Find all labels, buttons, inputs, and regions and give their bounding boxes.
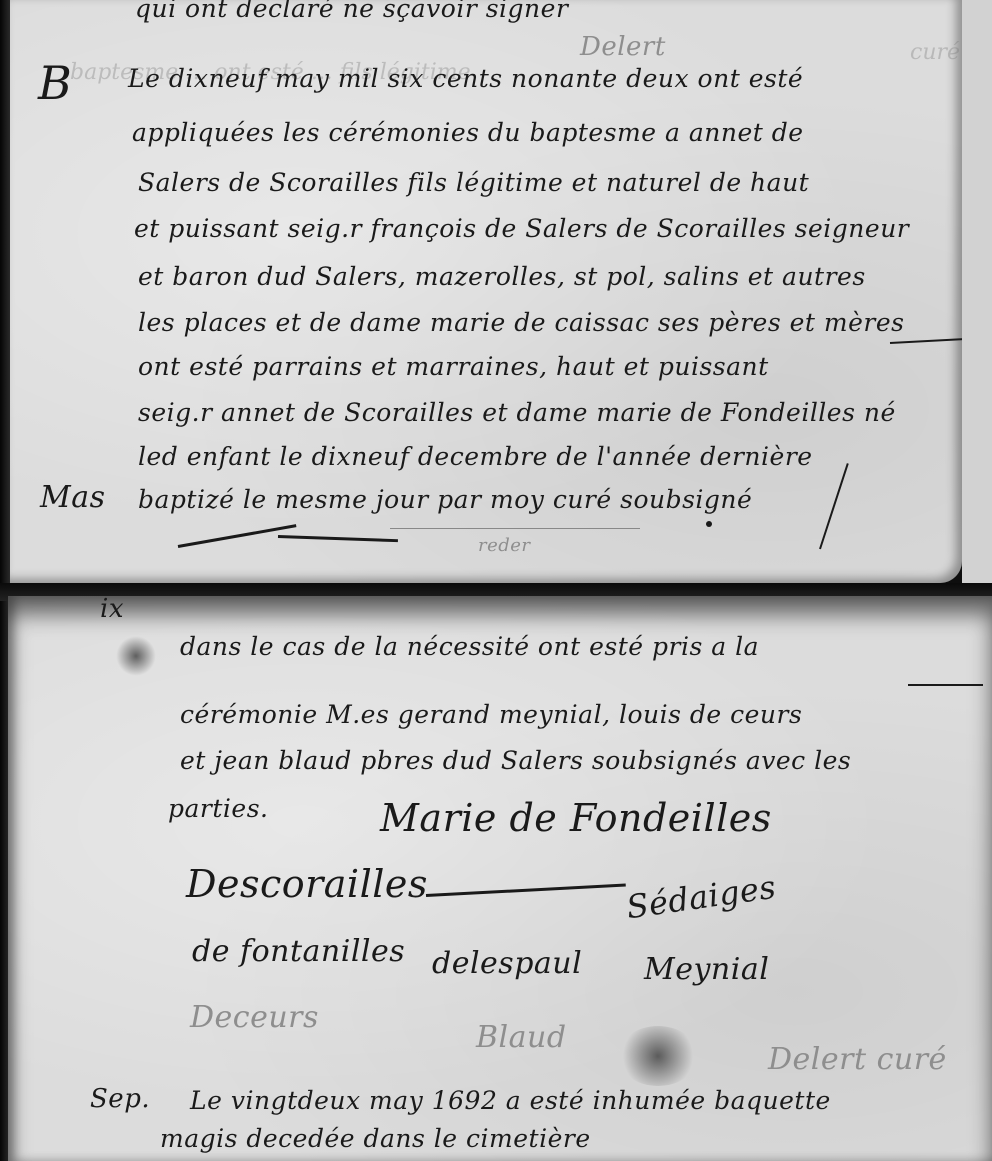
register-line: qui ont declaré ne sçavoir signer [135,0,568,23]
faint-curate-signature: Delert [580,32,666,62]
register-line: Salers de Scorailles fils légitime et na… [138,168,809,197]
signature-de-fontanilles: de fontanilles [192,934,405,969]
register-line: magis decedée dans le cimetière [160,1124,591,1153]
register-line: dans le cas de la nécessité ont esté pri… [180,632,759,661]
register-line: appliquées les cérémonies du baptesme a … [132,118,804,147]
signature-blaud: Blaud [476,1020,567,1055]
register-line: et baron dud Salers, mazerolles, st pol,… [138,262,866,291]
bottom-register-page: ix dans le cas de la nécessité ont esté … [8,596,992,1161]
register-line: Le dixneuf may mil six cents nonante deu… [128,64,803,93]
bleed-through-text: curé [910,40,960,65]
register-line: et puissant seig.r françois de Salers de… [134,214,909,243]
signature-meynial: Meynial [644,952,769,987]
register-line: seig.r annet de Scorailles et dame marie… [138,398,896,427]
signature-deceurs: Deceurs [190,1000,319,1035]
pen-stroke [908,684,983,686]
margin-baptism-mark: B [38,56,72,110]
margin-burial-mark: Sep. [90,1084,150,1114]
page-edge-strip [962,0,992,583]
signature-delert-cure: Delert curé [768,1042,947,1077]
register-line: Le vingtdeux may 1692 a esté inhumée baq… [190,1086,831,1115]
signature-delespaul: delespaul [432,946,582,981]
ink-stain [618,1026,698,1086]
register-line: cérémonie M.es gerand meynial, louis de … [180,700,802,729]
faint-note: reder [478,535,531,556]
register-line: ont esté parrains et marraines, haut et … [138,352,769,381]
signature-marie-de-fondeilles: Marie de Fondeilles [380,796,772,840]
margin-signature-mas: Mas [40,480,106,515]
pen-flourish [278,535,398,542]
register-line: et jean blaud pbres dud Salers soubsigné… [180,746,851,775]
pen-rule [390,528,640,529]
signature-sedaiges: Sédaiges [624,868,778,927]
top-register-page: baptesme … ont esté … fils légitime curé… [10,0,962,583]
ink-dot [706,521,712,527]
signature-underline [426,884,626,897]
pen-stroke [819,463,849,549]
register-line: parties. [168,794,268,823]
register-line: baptizé le mesme jour par moy curé soubs… [138,485,752,514]
ink-stain [116,636,156,676]
margin-roman-numeral: ix [100,594,124,624]
register-line: led enfant le dixneuf decembre de l'anné… [138,442,813,471]
signature-descorailles: Descorailles [186,862,428,906]
register-line: les places et de dame marie de caissac s… [138,308,904,337]
